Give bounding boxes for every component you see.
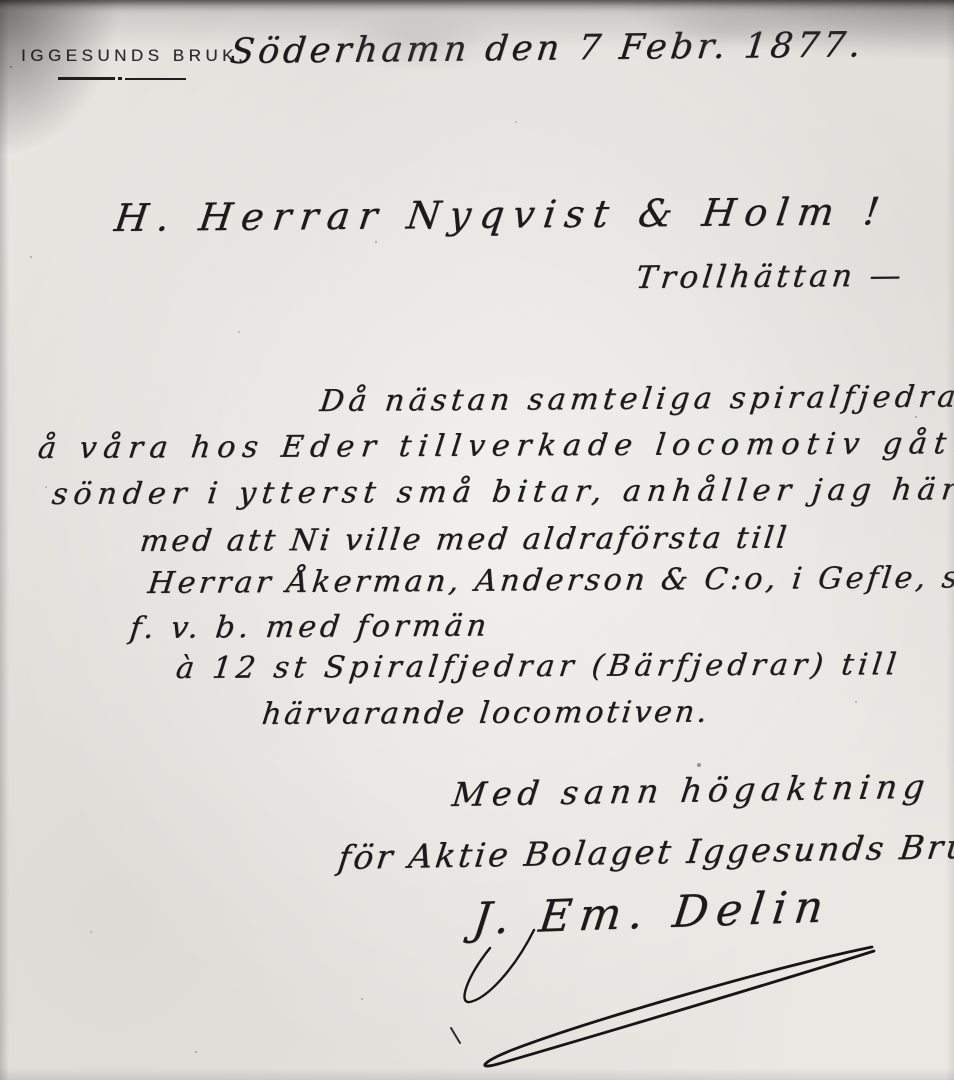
salutation-place: Trollhättan — (634, 258, 907, 296)
letterhead-rule-dot (118, 77, 122, 80)
date-line: Söderhamn den 7 Febr. 1877. (228, 25, 867, 72)
body-line: à 12 st Spiralfjedrar (Bärfjedrar) till (174, 647, 902, 686)
body-line: f. v. b. med formän (128, 608, 492, 646)
body-line: med att Ni ville med aldraförsta till (138, 521, 791, 559)
body-line: härvarande locomotiven. (260, 695, 712, 732)
letterhead-rule (58, 77, 115, 80)
closing-company: för Aktie Bolaget Iggesunds Bruk (336, 826, 954, 877)
salutation-recipient: H. Herrar Nyqvist & Holm ! (112, 189, 891, 240)
body-line: Då nästan samteliga spiralfjedrarne (318, 379, 954, 419)
scan-speckles (10, 66, 12, 68)
letter-page: IGGESUNDS BRUK, Söderhamn den 7 Febr. 18… (0, 0, 954, 1080)
body-line: å våra hos Eder tillverkade locomotiv gå… (36, 426, 954, 466)
body-line: Herrar Åkerman, Anderson & C:o, i Gefle,… (146, 560, 954, 601)
signature: J. Em. Delin (470, 881, 834, 945)
letterhead-rule (125, 78, 186, 80)
letterhead-company: IGGESUNDS BRUK, (21, 46, 247, 66)
closing-regards: Med sann högaktning (450, 767, 933, 814)
body-line: sönder i ytterst små bitar, anhåller jag… (50, 472, 954, 512)
